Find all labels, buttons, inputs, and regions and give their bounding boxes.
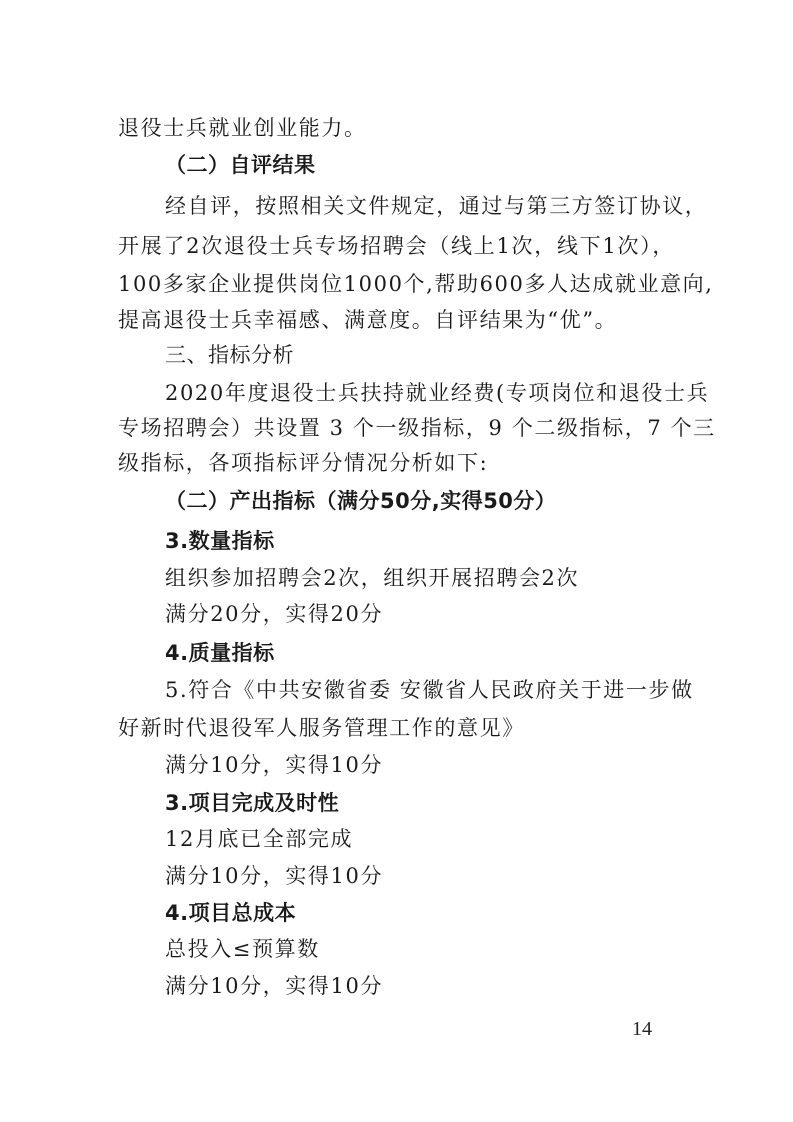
page-number: 14 (632, 1018, 652, 1041)
paragraph-line: 级指标，各项指标评分情况分析如下: (118, 449, 678, 477)
paragraph-line: 总投入≤预算数 (165, 935, 725, 963)
paragraph-line: 提高退役士兵幸福感、满意度。自评结果为“优”。 (118, 306, 678, 334)
paragraph-line: 2020年度退役士兵扶持就业经费(专项岗位和退役士兵 (165, 379, 675, 407)
paragraph-line: 100多家企业提供岗位1000个,帮助600多人达成就业意向, (118, 270, 675, 298)
subheading: （二）产出指标（满分50分,实得50分） (165, 487, 725, 515)
subheading: （二）自评结果 (165, 151, 725, 179)
subheading: 3.数量指标 (165, 527, 725, 555)
subheading: 4.项目总成本 (165, 899, 725, 927)
subheading: 4.质量指标 (165, 639, 725, 667)
paragraph-line: 满分10分，实得10分 (165, 751, 725, 779)
paragraph-line: 专场招聘会）共设置 3 个一级指标，9 个二级指标，7 个三 (118, 414, 675, 442)
paragraph-line: 5.符合《中共安徽省委 安徽省人民政府关于进一步做 (165, 676, 675, 704)
paragraph-line: 满分10分，实得10分 (165, 862, 725, 890)
paragraph-line: 开展了2次退役士兵专场招聘会（线上1次，线下1次）， (118, 232, 675, 260)
section-heading: 三、指标分析 (165, 341, 725, 369)
paragraph-line: 12月底已全部完成 (165, 825, 725, 853)
paragraph-line: 好新时代退役军人服务管理工作的意见》 (118, 714, 678, 742)
paragraph-line: 经自评，按照相关文件规定，通过与第三方签订协议， (165, 192, 675, 220)
subheading: 3.项目完成及时性 (165, 789, 725, 817)
paragraph-line: 满分10分，实得10分 (165, 972, 725, 1000)
paragraph-line: 满分20分，实得20分 (165, 600, 725, 628)
paragraph-line: 退役士兵就业创业能力。 (118, 114, 678, 142)
paragraph-line: 组织参加招聘会2次，组织开展招聘会2次 (165, 564, 725, 592)
